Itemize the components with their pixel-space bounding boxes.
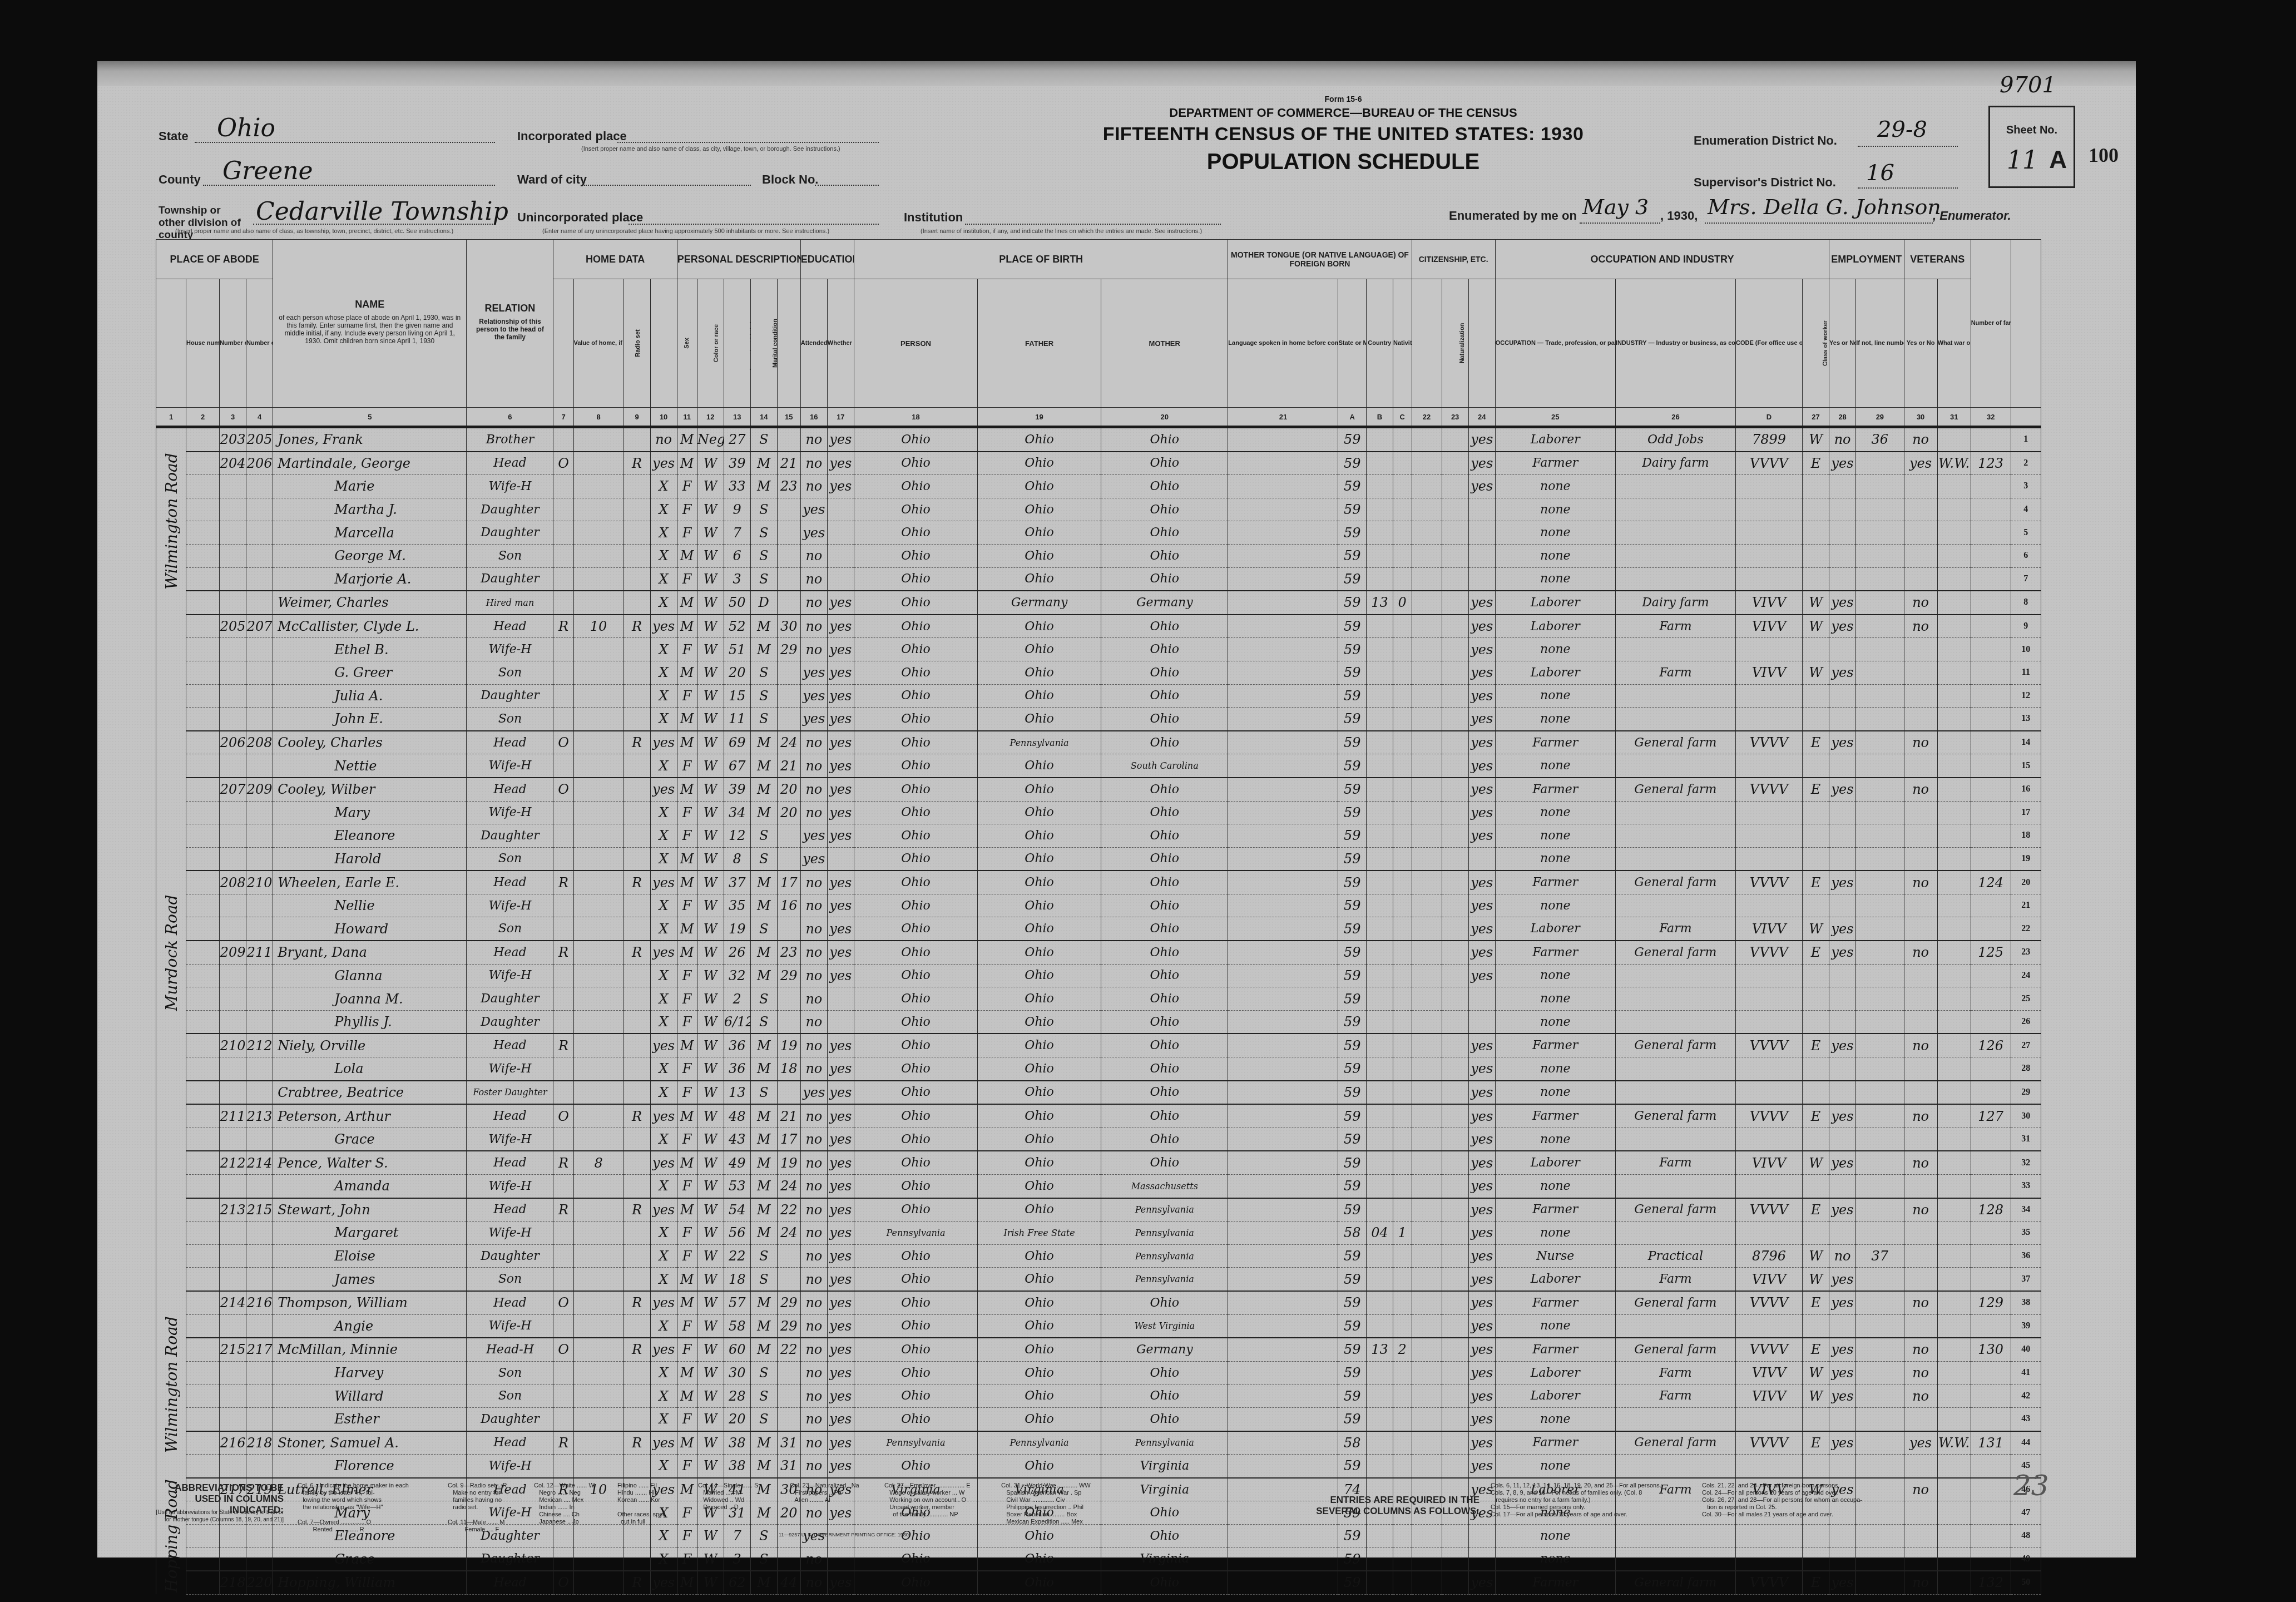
occupation[interactable]: none [1495, 638, 1615, 661]
attended-school[interactable]: no [800, 544, 827, 567]
speaks-english[interactable]: yes [1468, 1571, 1495, 1594]
worker-class[interactable] [1803, 824, 1829, 848]
code-nativity[interactable] [1393, 615, 1412, 638]
birthplace-father[interactable]: Ohio [978, 1314, 1101, 1338]
home-value[interactable] [573, 1455, 624, 1478]
race[interactable]: W [697, 1128, 724, 1151]
code-nativity[interactable] [1393, 1571, 1412, 1594]
farm-schedule[interactable] [1971, 894, 2011, 917]
line-number[interactable]: 33 [2011, 1175, 2041, 1198]
person-name[interactable]: Florence [273, 1455, 467, 1478]
age-at-marriage[interactable] [777, 1385, 800, 1408]
radio-set[interactable] [624, 801, 650, 824]
industry-code[interactable] [1735, 1314, 1802, 1338]
veteran[interactable] [1904, 638, 1937, 661]
can-read-write[interactable]: yes [827, 684, 854, 708]
radio-set[interactable] [624, 1034, 650, 1057]
race[interactable]: W [697, 1338, 724, 1361]
marital-status[interactable]: M [750, 894, 777, 917]
relation[interactable]: Head [467, 1431, 553, 1455]
birthplace-father[interactable]: Ohio [978, 1455, 1101, 1478]
birthplace-mother[interactable]: Ohio [1101, 1361, 1228, 1385]
naturalization[interactable] [1442, 498, 1468, 521]
age-at-marriage[interactable]: 44 [777, 1571, 800, 1594]
industry-code[interactable]: VIVV [1735, 661, 1802, 684]
age-at-marriage[interactable] [777, 544, 800, 567]
code-nativity[interactable] [1393, 1081, 1412, 1105]
farm-schedule[interactable] [1971, 1128, 2011, 1151]
speaks-english[interactable]: yes [1468, 1291, 1495, 1314]
lives-on-farm[interactable]: yes [650, 1198, 677, 1222]
family-number[interactable] [246, 498, 273, 521]
immigration-year[interactable] [1412, 1081, 1442, 1105]
occupation[interactable]: none [1495, 544, 1615, 567]
birthplace-father[interactable]: Ohio [978, 1571, 1101, 1594]
home-owned[interactable] [553, 824, 573, 848]
occupation[interactable]: Farmer [1495, 452, 1615, 475]
age-at-marriage[interactable]: 17 [777, 1128, 800, 1151]
birthplace-mother[interactable]: Pennsylvania [1101, 1244, 1228, 1268]
house-number[interactable] [186, 871, 220, 894]
radio-set[interactable] [624, 544, 650, 567]
farm-schedule[interactable] [1971, 708, 2011, 731]
code-state[interactable]: 59 [1338, 1547, 1366, 1571]
code-state[interactable]: 59 [1338, 1244, 1366, 1268]
lives-on-farm[interactable]: X [650, 684, 677, 708]
home-owned[interactable] [553, 894, 573, 917]
sex[interactable]: F [677, 1314, 697, 1338]
house-number[interactable] [186, 1455, 220, 1478]
industry-code[interactable] [1735, 801, 1802, 824]
code-country[interactable] [1366, 498, 1393, 521]
immigration-year[interactable] [1412, 871, 1442, 894]
family-number[interactable] [246, 1268, 273, 1291]
worker-class[interactable] [1803, 1081, 1829, 1105]
occupation[interactable]: none [1495, 521, 1615, 545]
attended-school[interactable]: no [800, 801, 827, 824]
person-name[interactable]: Martha J. [273, 498, 467, 521]
family-number[interactable]: 213 [246, 1104, 273, 1128]
at-work[interactable]: yes [1829, 1361, 1856, 1385]
birthplace-father[interactable]: Ohio [978, 1104, 1101, 1128]
worker-class[interactable]: W [1803, 427, 1829, 452]
person-name[interactable]: Nellie [273, 894, 467, 917]
sex[interactable]: M [677, 661, 697, 684]
lives-on-farm[interactable]: X [650, 638, 677, 661]
birthplace-person[interactable]: Ohio [854, 894, 977, 917]
code-state[interactable]: 59 [1338, 754, 1366, 778]
family-number[interactable]: 211 [246, 941, 273, 964]
language[interactable] [1228, 684, 1338, 708]
age-at-marriage[interactable] [777, 847, 800, 871]
speaks-english[interactable]: yes [1468, 824, 1495, 848]
code-state[interactable]: 59 [1338, 824, 1366, 848]
lives-on-farm[interactable]: yes [650, 778, 677, 801]
birthplace-father[interactable]: Ohio [978, 452, 1101, 475]
code-nativity[interactable] [1393, 638, 1412, 661]
birthplace-mother[interactable]: Ohio [1101, 894, 1228, 917]
war[interactable] [1937, 1034, 1971, 1057]
marital-status[interactable]: M [750, 941, 777, 964]
code-country[interactable] [1366, 871, 1393, 894]
worker-class[interactable]: E [1803, 941, 1829, 964]
sex[interactable]: M [677, 778, 697, 801]
birthplace-person[interactable]: Ohio [854, 1547, 977, 1571]
veteran[interactable] [1904, 894, 1937, 917]
house-number[interactable] [186, 987, 220, 1011]
radio-set[interactable] [624, 638, 650, 661]
lives-on-farm[interactable]: X [650, 591, 677, 615]
lives-on-farm[interactable]: X [650, 894, 677, 917]
sex[interactable]: M [677, 917, 697, 941]
unemployment-line[interactable] [1856, 871, 1904, 894]
sex[interactable]: F [677, 567, 697, 591]
attended-school[interactable]: no [800, 1151, 827, 1174]
birthplace-person[interactable]: Ohio [854, 498, 977, 521]
relation[interactable]: Head-H [467, 1338, 553, 1361]
industry-code[interactable] [1735, 1081, 1802, 1105]
race[interactable]: W [697, 638, 724, 661]
sex[interactable]: F [677, 894, 697, 917]
race[interactable]: W [697, 544, 724, 567]
farm-schedule[interactable] [1971, 567, 2011, 591]
line-number[interactable]: 44 [2011, 1431, 2041, 1455]
race[interactable]: W [697, 941, 724, 964]
age[interactable]: 19 [724, 917, 750, 941]
can-read-write[interactable] [827, 567, 854, 591]
code-state[interactable]: 59 [1338, 801, 1366, 824]
war[interactable] [1937, 591, 1971, 615]
family-number[interactable] [246, 1407, 273, 1431]
war[interactable] [1937, 1338, 1971, 1361]
immigration-year[interactable] [1412, 708, 1442, 731]
industry[interactable]: General farm [1615, 1104, 1735, 1128]
veteran[interactable]: no [1904, 1338, 1937, 1361]
industry-code[interactable]: VVVV [1735, 778, 1802, 801]
home-owned[interactable]: O [553, 731, 573, 754]
relation[interactable]: Daughter [467, 987, 553, 1011]
occupation[interactable]: Laborer [1495, 1385, 1615, 1408]
war[interactable] [1937, 1081, 1971, 1105]
worker-class[interactable] [1803, 801, 1829, 824]
birthplace-person[interactable]: Pennsylvania [854, 1222, 977, 1245]
home-value[interactable] [573, 498, 624, 521]
unemployment-line[interactable] [1856, 1361, 1904, 1385]
code-country[interactable] [1366, 1151, 1393, 1174]
worker-class[interactable] [1803, 521, 1829, 545]
speaks-english[interactable]: yes [1468, 871, 1495, 894]
birthplace-father[interactable]: Ohio [978, 801, 1101, 824]
home-value[interactable] [573, 754, 624, 778]
person-name[interactable]: Martindale, George [273, 452, 467, 475]
sex[interactable]: F [677, 824, 697, 848]
veteran[interactable]: yes [1904, 1431, 1937, 1455]
farm-schedule[interactable]: 132 [1971, 1571, 2011, 1594]
code-nativity[interactable] [1393, 964, 1412, 987]
home-owned[interactable] [553, 1128, 573, 1151]
veteran[interactable] [1904, 1407, 1937, 1431]
line-number[interactable]: 18 [2011, 824, 2041, 848]
race[interactable]: W [697, 1268, 724, 1291]
home-owned[interactable] [553, 1057, 573, 1081]
sex[interactable]: M [677, 1151, 697, 1174]
family-number[interactable] [246, 987, 273, 1011]
at-work[interactable] [1829, 1010, 1856, 1034]
code-state[interactable]: 59 [1338, 498, 1366, 521]
race[interactable]: W [697, 661, 724, 684]
sex[interactable]: F [677, 1010, 697, 1034]
occupation[interactable]: Farmer [1495, 778, 1615, 801]
attended-school[interactable]: no [800, 615, 827, 638]
can-read-write[interactable]: yes [827, 941, 854, 964]
worker-class[interactable] [1803, 1128, 1829, 1151]
speaks-english[interactable]: yes [1468, 1222, 1495, 1245]
code-nativity[interactable] [1393, 871, 1412, 894]
person-name[interactable]: Harvey [273, 1361, 467, 1385]
home-owned[interactable]: R [553, 1034, 573, 1057]
age-at-marriage[interactable] [777, 591, 800, 615]
home-owned[interactable] [553, 1547, 573, 1571]
birthplace-father[interactable]: Ohio [978, 1198, 1101, 1222]
at-work[interactable]: yes [1829, 941, 1856, 964]
relation[interactable]: Son [467, 1361, 553, 1385]
immigration-year[interactable] [1412, 475, 1442, 498]
naturalization[interactable] [1442, 1151, 1468, 1174]
home-owned[interactable] [553, 427, 573, 452]
dwelling-number[interactable] [220, 754, 246, 778]
house-number[interactable] [186, 1571, 220, 1594]
occupation[interactable]: Laborer [1495, 661, 1615, 684]
age-at-marriage[interactable]: 22 [777, 1338, 800, 1361]
veteran[interactable]: no [1904, 1198, 1937, 1222]
can-read-write[interactable]: yes [827, 754, 854, 778]
marital-status[interactable]: M [750, 1571, 777, 1594]
line-number[interactable]: 19 [2011, 847, 2041, 871]
dwelling-number[interactable] [220, 824, 246, 848]
attended-school[interactable]: no [800, 1571, 827, 1594]
speaks-english[interactable]: yes [1468, 754, 1495, 778]
unemployment-line[interactable] [1856, 1338, 1904, 1361]
language[interactable] [1228, 778, 1338, 801]
person-name[interactable]: Howard [273, 917, 467, 941]
radio-set[interactable] [624, 754, 650, 778]
radio-set[interactable] [624, 708, 650, 731]
code-state[interactable]: 59 [1338, 452, 1366, 475]
code-state[interactable]: 59 [1338, 1338, 1366, 1361]
marital-status[interactable]: S [750, 708, 777, 731]
birthplace-mother[interactable]: West Virginia [1101, 1314, 1228, 1338]
code-nativity[interactable] [1393, 801, 1412, 824]
radio-set[interactable] [624, 1010, 650, 1034]
home-value[interactable] [573, 661, 624, 684]
line-number[interactable]: 5 [2011, 521, 2041, 545]
person-name[interactable]: Grace [273, 1128, 467, 1151]
house-number[interactable] [186, 754, 220, 778]
age-at-marriage[interactable] [777, 1268, 800, 1291]
home-value[interactable] [573, 544, 624, 567]
age[interactable]: 57 [724, 1291, 750, 1314]
veteran[interactable] [1904, 1057, 1937, 1081]
house-number[interactable] [186, 941, 220, 964]
unemployment-line[interactable] [1856, 1081, 1904, 1105]
birthplace-father[interactable]: Ohio [978, 778, 1101, 801]
relation[interactable]: Wife-H [467, 801, 553, 824]
age-at-marriage[interactable] [777, 1010, 800, 1034]
naturalization[interactable] [1442, 1431, 1468, 1455]
marital-status[interactable]: M [750, 801, 777, 824]
war[interactable] [1937, 917, 1971, 941]
at-work[interactable]: yes [1829, 1151, 1856, 1174]
immigration-year[interactable] [1412, 824, 1442, 848]
birthplace-father[interactable]: Ohio [978, 1081, 1101, 1105]
marital-status[interactable]: M [750, 1338, 777, 1361]
family-number[interactable]: 212 [246, 1034, 273, 1057]
birthplace-mother[interactable]: Ohio [1101, 824, 1228, 848]
home-owned[interactable] [553, 591, 573, 615]
age[interactable]: 34 [724, 801, 750, 824]
radio-set[interactable] [624, 567, 650, 591]
marital-status[interactable]: M [750, 452, 777, 475]
home-owned[interactable]: R [553, 1198, 573, 1222]
farm-schedule[interactable] [1971, 638, 2011, 661]
person-name[interactable]: Nettie [273, 754, 467, 778]
lives-on-farm[interactable]: X [650, 1010, 677, 1034]
immigration-year[interactable] [1412, 684, 1442, 708]
family-number[interactable] [246, 684, 273, 708]
code-nativity[interactable] [1393, 731, 1412, 754]
family-number[interactable] [246, 1547, 273, 1571]
code-nativity[interactable] [1393, 1455, 1412, 1478]
veteran[interactable] [1904, 1081, 1937, 1105]
veteran[interactable]: no [1904, 591, 1937, 615]
birthplace-father[interactable]: Ohio [978, 1268, 1101, 1291]
line-number[interactable]: 17 [2011, 801, 2041, 824]
code-country[interactable] [1366, 1175, 1393, 1198]
home-value[interactable] [573, 427, 624, 452]
code-country[interactable] [1366, 801, 1393, 824]
lives-on-farm[interactable]: yes [650, 1034, 677, 1057]
home-owned[interactable] [553, 567, 573, 591]
immigration-year[interactable] [1412, 591, 1442, 615]
farm-schedule[interactable] [1971, 1151, 2011, 1174]
code-state[interactable]: 59 [1338, 521, 1366, 545]
naturalization[interactable] [1442, 1338, 1468, 1361]
home-owned[interactable] [553, 964, 573, 987]
occupation[interactable]: none [1495, 684, 1615, 708]
worker-class[interactable] [1803, 1547, 1829, 1571]
industry[interactable]: Farm [1615, 615, 1735, 638]
naturalization[interactable] [1442, 1314, 1468, 1338]
marital-status[interactable]: M [750, 754, 777, 778]
veteran[interactable]: no [1904, 615, 1937, 638]
race[interactable]: Neg [697, 427, 724, 452]
war[interactable] [1937, 1571, 1971, 1594]
at-work[interactable]: no [1829, 427, 1856, 452]
dwelling-number[interactable]: 208 [220, 871, 246, 894]
can-read-write[interactable]: yes [827, 638, 854, 661]
code-state[interactable]: 59 [1338, 1571, 1366, 1594]
at-work[interactable] [1829, 964, 1856, 987]
attended-school[interactable]: no [800, 1034, 827, 1057]
industry[interactable] [1615, 801, 1735, 824]
person-name[interactable]: Weimer, Charles [273, 591, 467, 615]
age[interactable]: 20 [724, 1407, 750, 1431]
code-country[interactable] [1366, 824, 1393, 848]
naturalization[interactable] [1442, 567, 1468, 591]
code-nativity[interactable] [1393, 475, 1412, 498]
attended-school[interactable]: no [800, 1385, 827, 1408]
lives-on-farm[interactable]: X [650, 801, 677, 824]
birthplace-person[interactable]: Ohio [854, 1151, 977, 1174]
worker-class[interactable] [1803, 1057, 1829, 1081]
speaks-english[interactable]: yes [1468, 1175, 1495, 1198]
family-number[interactable] [246, 661, 273, 684]
radio-set[interactable]: R [624, 452, 650, 475]
dwelling-number[interactable]: 207 [220, 778, 246, 801]
language[interactable] [1228, 591, 1338, 615]
race[interactable]: W [697, 754, 724, 778]
birthplace-mother[interactable]: Ohio [1101, 1151, 1228, 1174]
lives-on-farm[interactable]: yes [650, 1571, 677, 1594]
age[interactable]: 32 [724, 964, 750, 987]
dwelling-number[interactable]: 203 [220, 427, 246, 452]
relation[interactable]: Wife-H [467, 1222, 553, 1245]
worker-class[interactable]: E [1803, 1571, 1829, 1594]
unemployment-line[interactable] [1856, 1010, 1904, 1034]
race[interactable]: W [697, 452, 724, 475]
age-at-marriage[interactable]: 20 [777, 801, 800, 824]
home-owned[interactable] [553, 708, 573, 731]
code-country[interactable] [1366, 964, 1393, 987]
birthplace-father[interactable]: Ohio [978, 1407, 1101, 1431]
age[interactable]: 53 [724, 1175, 750, 1198]
war[interactable] [1937, 1244, 1971, 1268]
dwelling-number[interactable] [220, 475, 246, 498]
sex[interactable]: F [677, 638, 697, 661]
speaks-english[interactable] [1468, 498, 1495, 521]
family-number[interactable] [246, 1314, 273, 1338]
home-owned[interactable]: R [553, 1431, 573, 1455]
industry-code[interactable] [1735, 1407, 1802, 1431]
radio-set[interactable] [624, 1268, 650, 1291]
home-owned[interactable] [553, 1175, 573, 1198]
sex[interactable]: F [677, 1407, 697, 1431]
sex[interactable]: F [677, 754, 697, 778]
language[interactable] [1228, 498, 1338, 521]
immigration-year[interactable] [1412, 847, 1442, 871]
at-work[interactable] [1829, 708, 1856, 731]
dwelling-number[interactable] [220, 1010, 246, 1034]
war[interactable] [1937, 1175, 1971, 1198]
house-number[interactable] [186, 1128, 220, 1151]
farm-schedule[interactable] [1971, 964, 2011, 987]
home-owned[interactable]: R [553, 1151, 573, 1174]
code-nativity[interactable] [1393, 661, 1412, 684]
marital-status[interactable]: M [750, 1222, 777, 1245]
language[interactable] [1228, 427, 1338, 452]
lives-on-farm[interactable]: X [650, 1547, 677, 1571]
age[interactable]: 6/12 [724, 1010, 750, 1034]
veteran[interactable]: yes [1904, 452, 1937, 475]
birthplace-person[interactable]: Ohio [854, 1385, 977, 1408]
code-state[interactable]: 59 [1338, 475, 1366, 498]
veteran[interactable]: no [1904, 871, 1937, 894]
language[interactable] [1228, 1314, 1338, 1338]
attended-school[interactable]: yes [800, 684, 827, 708]
marital-status[interactable]: D [750, 591, 777, 615]
birthplace-father[interactable]: Ohio [978, 1547, 1101, 1571]
home-owned[interactable] [553, 1361, 573, 1385]
